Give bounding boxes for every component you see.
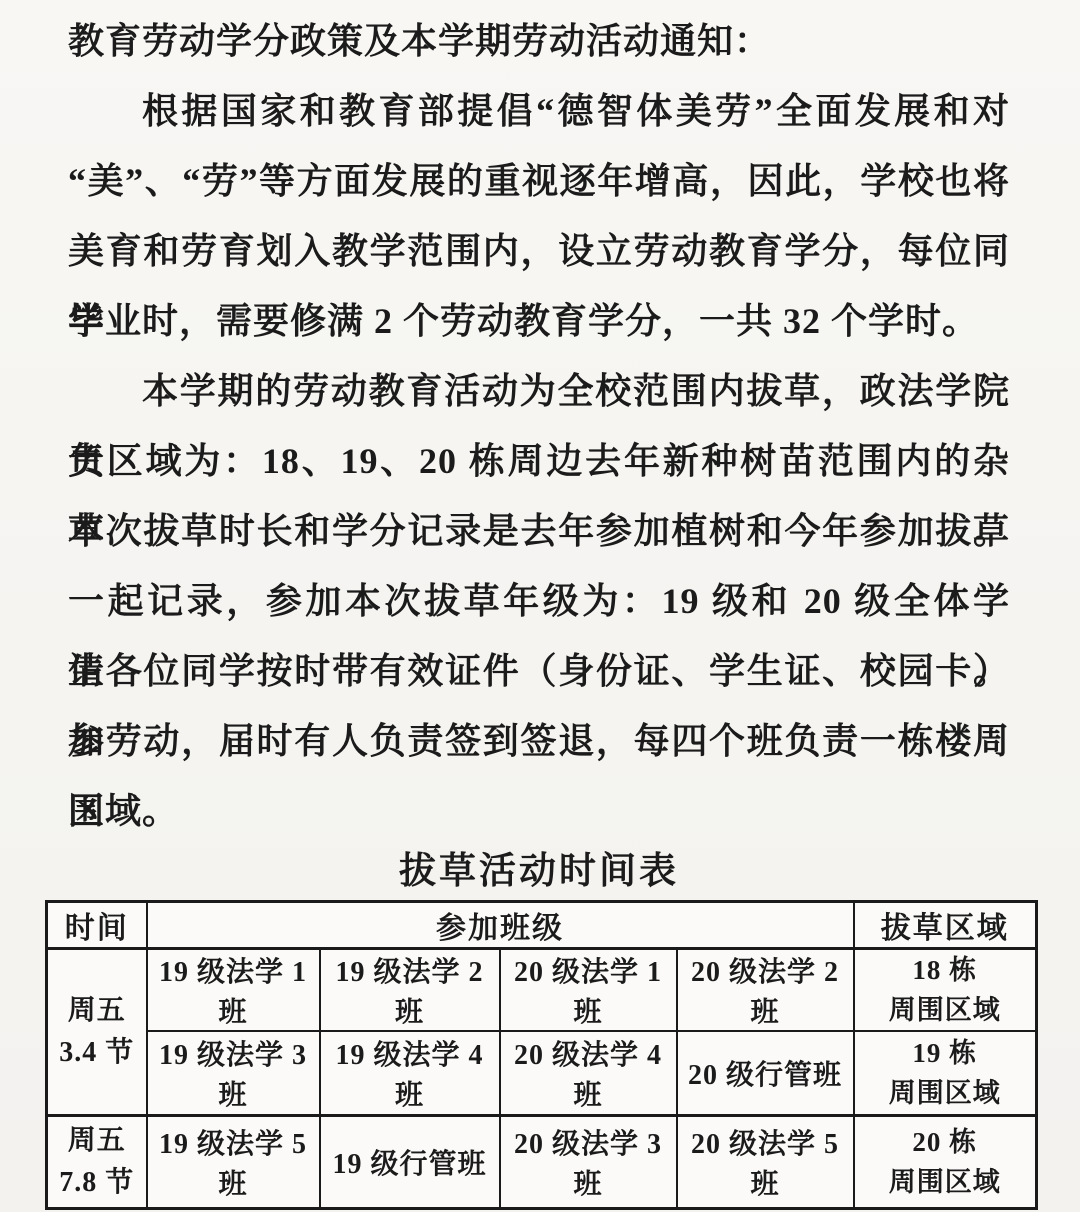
- class-cell: 20 级法学 2 班: [677, 949, 854, 1032]
- time-cell-fri-34: 周五 3.4 节: [47, 949, 147, 1116]
- time-period: 7.8 节: [48, 1162, 146, 1204]
- area-building: 18 栋: [855, 950, 1036, 990]
- time-period: 3.4 节: [48, 1032, 146, 1074]
- table-row: 19 级法学 3 班 19 级法学 4 班 20 级法学 4 班 20 级行管班…: [47, 1031, 1037, 1116]
- time-day: 周五: [48, 1120, 146, 1162]
- area-building: 20 栋: [855, 1122, 1036, 1162]
- body-line: 美育和劳育划入教学范围内，设立劳动教育学分，每位同学: [68, 216, 1010, 286]
- table-header-row: 时间 参加班级 拔草区域: [47, 902, 1037, 949]
- header-classes: 参加班级: [147, 902, 854, 949]
- area-scope: 周围区域: [855, 1162, 1036, 1202]
- area-building: 19 栋: [855, 1033, 1036, 1073]
- class-cell: 19 级法学 4 班: [320, 1031, 500, 1116]
- weeding-schedule-table: 时间 参加班级 拔草区域 周五 3.4 节 19 级法学 1 班 19 级法学 …: [45, 900, 1038, 1210]
- class-cell: 19 级法学 5 班: [147, 1116, 320, 1209]
- body-line: 毕业时，需要修满 2 个劳动教育学分，一共 32 个学时。: [68, 286, 1010, 356]
- body-line: 区域。: [68, 776, 1010, 846]
- notice-body: 教育劳动学分政策及本学期劳动活动通知： 根据国家和教育部提倡“德智体美劳”全面发…: [0, 0, 1080, 898]
- header-area: 拔草区域: [854, 902, 1037, 949]
- class-cell: 20 级法学 1 班: [500, 949, 677, 1032]
- notice-heading-line: 教育劳动学分政策及本学期劳动活动通知：: [68, 6, 1010, 76]
- header-time: 时间: [47, 902, 147, 949]
- class-cell: 20 级法学 4 班: [500, 1031, 677, 1116]
- body-line: 本次拔草时长和学分记录是去年参加植树和今年参加拔草: [68, 496, 1010, 566]
- area-scope: 周围区域: [855, 990, 1036, 1030]
- time-day: 周五: [48, 990, 146, 1032]
- area-cell: 20 栋 周围区域: [854, 1116, 1037, 1209]
- body-line: 责区域为：18、19、20 栋周边去年新种树苗范围内的杂草。: [68, 426, 1010, 496]
- body-line: 根据国家和教育部提倡“德智体美劳”全面发展和对: [68, 76, 1010, 146]
- body-line: 请各位同学按时带有效证件（身份证、学生证、校园卡）参: [68, 636, 1010, 706]
- table-title: 拔草活动时间表: [68, 846, 1010, 898]
- body-line: “美”、“劳”等方面发展的重视逐年增高，因此，学校也将: [68, 146, 1010, 216]
- area-cell: 18 栋 周围区域: [854, 949, 1037, 1032]
- class-cell: 19 级法学 2 班: [320, 949, 500, 1032]
- table-row: 周五 3.4 节 19 级法学 1 班 19 级法学 2 班 20 级法学 1 …: [47, 949, 1037, 1032]
- class-cell: 20 级法学 3 班: [500, 1116, 677, 1209]
- time-cell-fri-78: 周五 7.8 节: [47, 1116, 147, 1209]
- class-cell: 19 级行管班: [320, 1116, 500, 1209]
- class-cell: 19 级法学 1 班: [147, 949, 320, 1032]
- area-cell: 19 栋 周围区域: [854, 1031, 1037, 1116]
- class-cell: 19 级法学 3 班: [147, 1031, 320, 1116]
- table-row: 周五 7.8 节 19 级法学 5 班 19 级行管班 20 级法学 3 班 2…: [47, 1116, 1037, 1209]
- body-line: 本学期的劳动教育活动为全校范围内拔草，政法学院负: [68, 356, 1010, 426]
- area-scope: 周围区域: [855, 1073, 1036, 1113]
- body-line: 加劳动，届时有人负责签到签退，每四个班负责一栋楼周围: [68, 706, 1010, 776]
- class-cell: 20 级行管班: [677, 1031, 854, 1116]
- body-line: 一起记录，参加本次拔草年级为：19 级和 20 级全体学生。: [68, 566, 1010, 636]
- scanned-notice-page: 教育劳动学分政策及本学期劳动活动通知： 根据国家和教育部提倡“德智体美劳”全面发…: [0, 0, 1080, 1212]
- class-cell: 20 级法学 5 班: [677, 1116, 854, 1209]
